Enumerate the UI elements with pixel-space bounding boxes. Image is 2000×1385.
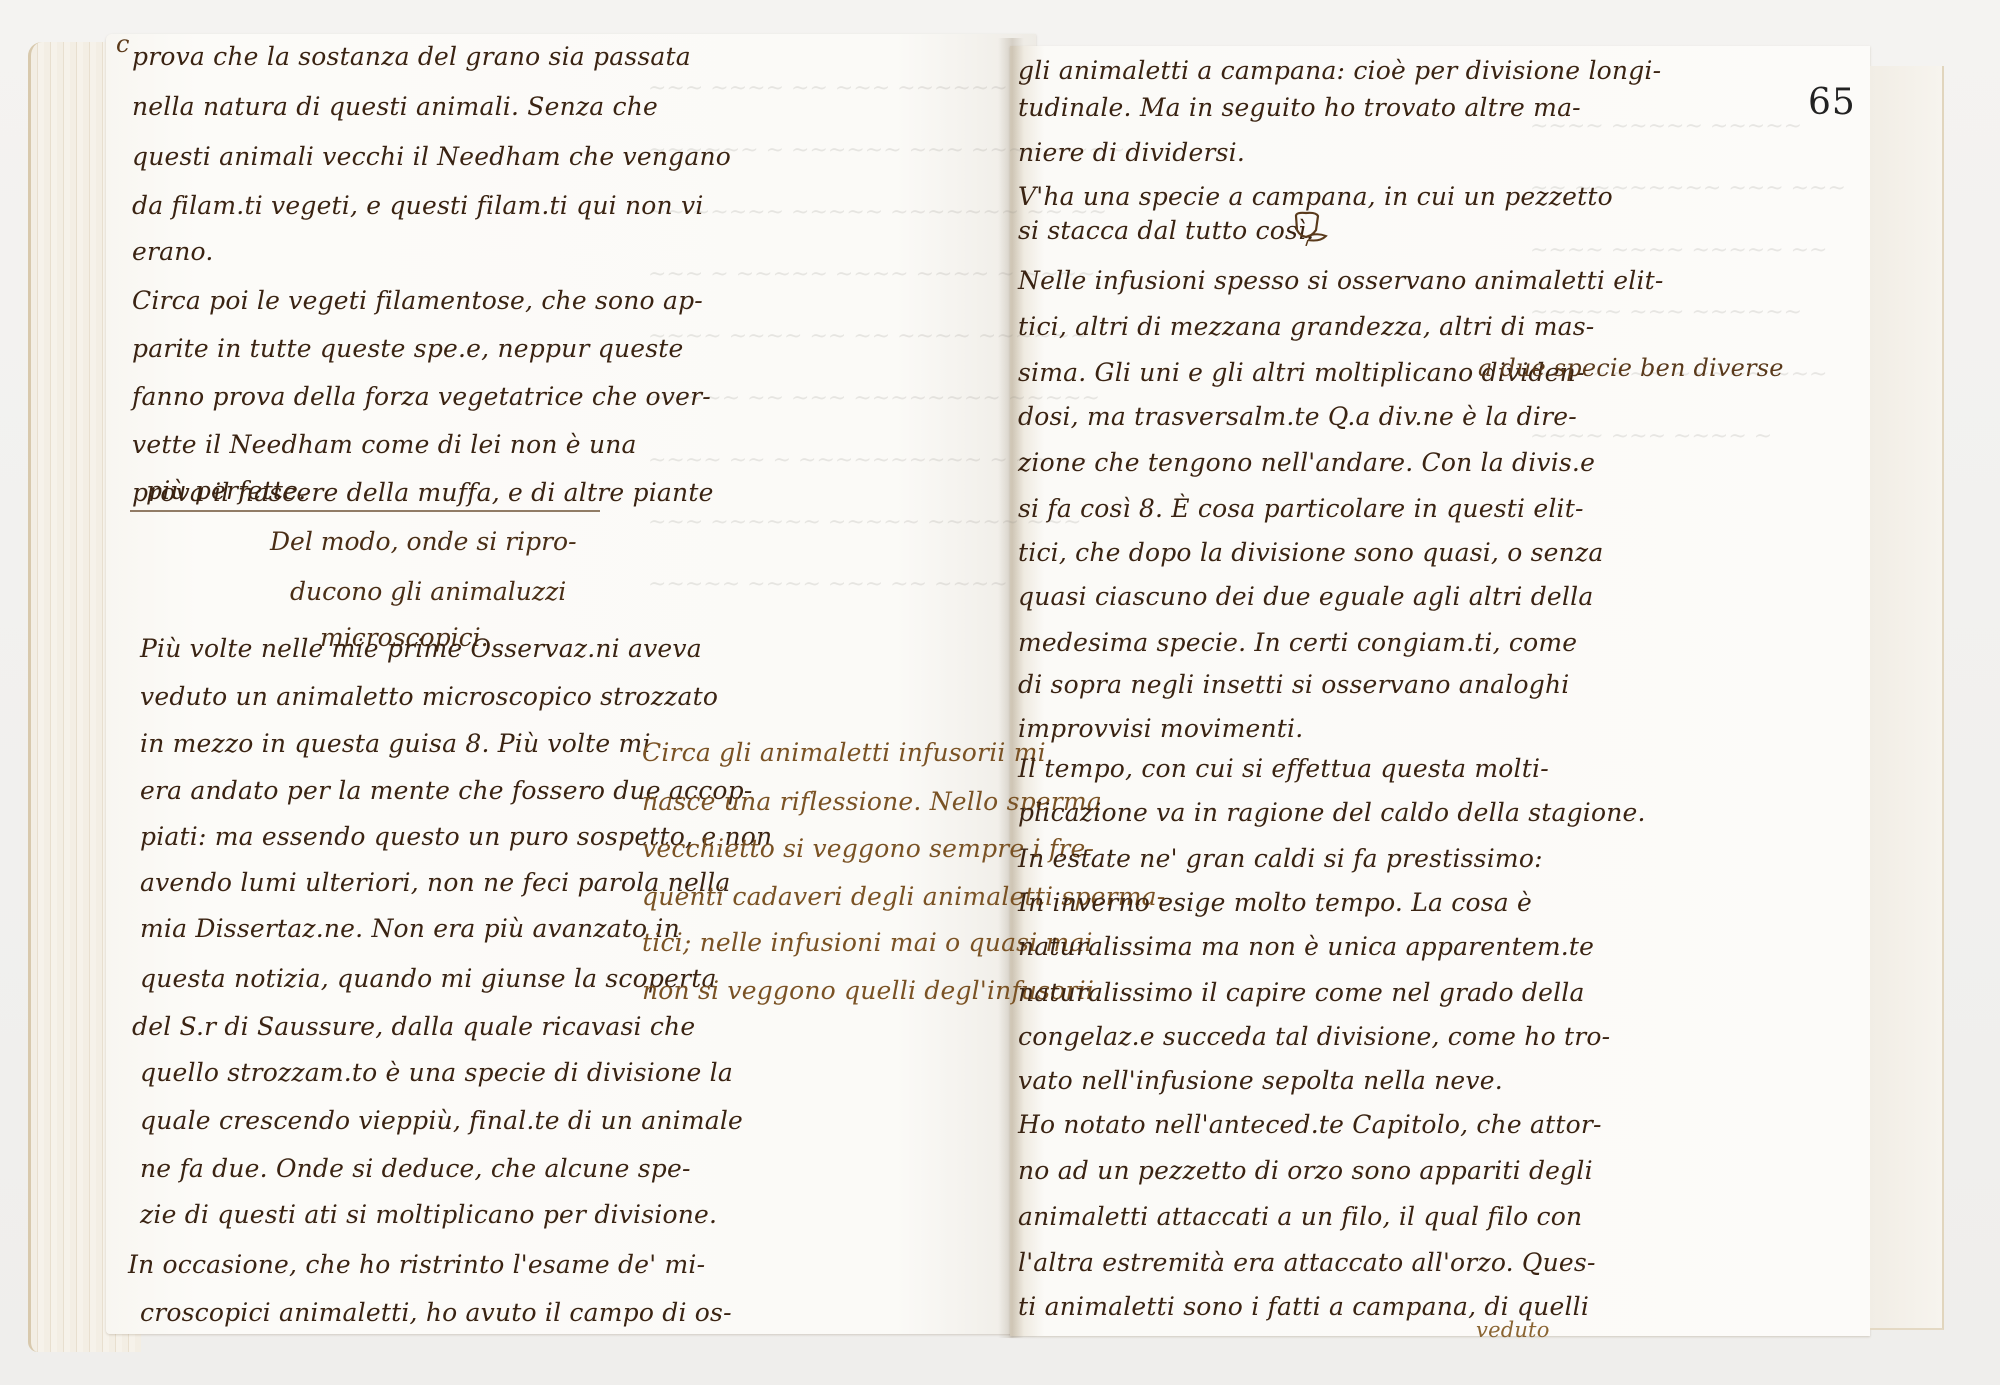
text-line: vette il Needham come di lei non è una [132, 432, 637, 457]
text-line: vato nell'infusione sepolta nella neve. [1018, 1068, 1503, 1093]
text-line: Il tempo, con cui si effettua questa mol… [1018, 756, 1549, 781]
text-line: quasi ciascuno dei due eguale agli altri… [1018, 584, 1593, 609]
text-line: ne fa due. Onde si deduce, che alcune sp… [140, 1156, 691, 1181]
text-line: Circa poi le vegeti filamentose, che son… [132, 288, 703, 313]
text-line: veduto un animaletto microscopico strozz… [140, 684, 718, 709]
text-line: questa notizia, quando mi giunse la scop… [140, 966, 717, 991]
text-line: questi animali vecchi il Needham che ven… [132, 144, 731, 169]
text-line: Più volte nelle mie prime Osservaz.ni av… [140, 636, 702, 661]
text-line: l'altra estremità era attaccato all'orzo… [1018, 1250, 1596, 1275]
catchword: veduto [1476, 1320, 1550, 1341]
text-line: tici, altri di mezzana grandezza, altri … [1018, 314, 1594, 339]
text-line: gli animaletti a campana: cioè per divis… [1018, 58, 1661, 83]
text-line: nella natura di questi animali. Senza ch… [132, 94, 658, 119]
text-line: dosi, ma trasversalm.te Q.a div.ne è la … [1018, 404, 1577, 429]
bell-animalcule-sketch-icon [1292, 210, 1342, 246]
text-line: prova che la sostanza del grano sia pass… [132, 44, 691, 69]
text-line: animaletti attaccati a un filo, il qual … [1018, 1204, 1582, 1229]
text-line: Nelle infusioni spesso si osservano anim… [1018, 268, 1664, 293]
text-line: naturalissimo il capire come nel grado d… [1018, 980, 1585, 1005]
text-line: croscopici animaletti, ho avuto il campo… [140, 1300, 732, 1325]
text-line: congelaz.e succeda tal divisione, come h… [1018, 1024, 1610, 1049]
section-heading-line-2: ducono gli animaluzzi [290, 577, 566, 606]
section-divider-rule [130, 510, 600, 512]
text-line: del S.r di Saussure, dalla quale ricavas… [132, 1014, 695, 1039]
text-line-end: più perfette. [146, 478, 306, 503]
text-line: erano. [132, 239, 214, 264]
page-number: 65 [1808, 82, 1856, 123]
text-line: fanno prova della forza vegetatrice che … [132, 384, 711, 409]
text-line: medesima specie. In certi congiam.ti, co… [1018, 630, 1577, 655]
right-page-stack-edge [1870, 66, 1944, 1330]
text-line: tudinale. Ma in seguito ho trovato altre… [1018, 95, 1581, 120]
text-line: quale crescendo vieppiù, final.te di un … [140, 1108, 743, 1133]
text-line: naturalissima ma non è unica apparentem.… [1018, 934, 1594, 959]
text-line: quello strozzam.to è una specie di divis… [140, 1060, 733, 1085]
text-line: tici, che dopo la divisione sono quasi, … [1018, 540, 1603, 565]
text-line: si stacca dal tutto così. [1018, 218, 1314, 243]
text-line: zie di questi ati si moltiplicano per di… [140, 1202, 717, 1227]
text-line: V'ha una specie a campana, in cui un pez… [1018, 184, 1613, 209]
text-line: in mezzo in questa guisa 8. Più volte mi [140, 731, 651, 756]
text-line: Circa gli animaletti infusorii mi [642, 740, 1046, 765]
text-line: ti animaletti sono i fatti a campana, di… [1018, 1294, 1589, 1319]
text-line: In occasione, che ho ristrinto l'esame d… [128, 1252, 705, 1277]
text-line: plicazione va in ragione del caldo della… [1018, 800, 1646, 825]
text-line: si fa così 8. È cosa particolare in ques… [1018, 496, 1584, 521]
text-line: di sopra negli insetti si osservano anal… [1018, 672, 1569, 697]
text-line: da filam.ti vegeti, e questi filam.ti qu… [132, 193, 704, 218]
text-line: zione che tengono nell'andare. Con la di… [1018, 450, 1595, 475]
text-line: mia Dissertaz.ne. Non era più avanzato i… [140, 916, 680, 941]
text-line: In estate ne' gran caldi si fa prestissi… [1018, 846, 1543, 871]
section-heading-line-1: Del modo, onde si ripro- [270, 527, 577, 556]
text-line: no ad un pezzetto di orzo sono appariti … [1018, 1158, 1593, 1183]
interlinear-insertion: a due specie ben diverse [1478, 356, 1784, 380]
text-line: niere di dividersi. [1018, 140, 1245, 165]
text-line: Ho notato nell'anteced.te Capitolo, che … [1018, 1112, 1602, 1137]
margin-mark: c [116, 30, 129, 58]
photo-background: ~~~ ~~~~ ~~ ~~~ ~~~~~~~~~~~~ ~ ~~~~~~ ~~… [0, 0, 2000, 1385]
text-line: improvvisi movimenti. [1018, 716, 1303, 741]
text-line: parite in tutte queste spe.e, neppur que… [132, 336, 684, 361]
text-line: In inverno esige molto tempo. La cosa è [1018, 890, 1532, 915]
